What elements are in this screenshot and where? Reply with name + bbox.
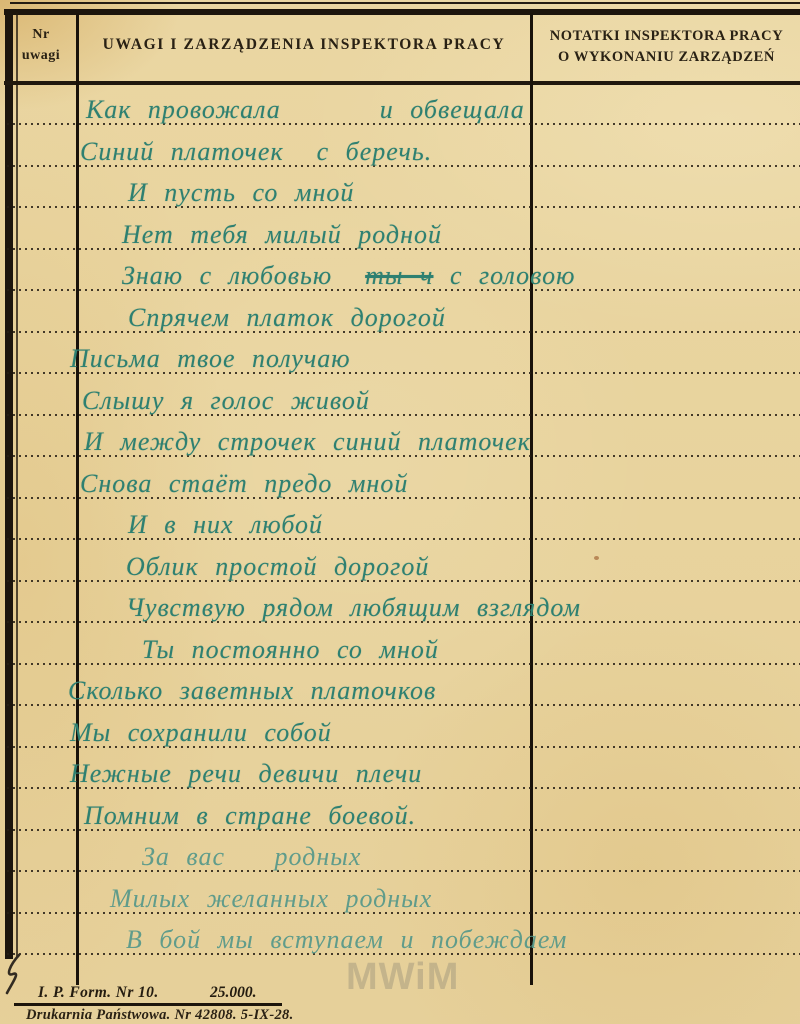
inspection-form-page: Nr uwagi UWAGI I ZARZĄDZENIA INSPEKTORA … [0, 0, 800, 1024]
manuscript-text: Нежные речи девичи плечи [70, 759, 422, 789]
notes-header-line2: O WYKONANIU ZARZĄDZEŃ [533, 47, 800, 68]
manuscript-line: Снова стаёт предо мной [80, 465, 408, 499]
manuscript-line: Синий платочек с беречь. [80, 133, 432, 167]
manuscript-text: И в них любой [128, 510, 323, 540]
notes-header-line1: NOTATKI INSPEKTORA PRACY [533, 26, 800, 47]
manuscript-text: Милых желанных родных [110, 884, 432, 914]
ruled-line [7, 538, 800, 540]
frame-top-outer-border [10, 2, 800, 4]
nr-uwagi-column-header: Nr uwagi [6, 24, 76, 66]
manuscript-line: Милых желанных родных [110, 880, 432, 914]
manuscript-text: Как провожала и обвещала [86, 95, 525, 125]
manuscript-text: Слышу я голос живой [82, 386, 370, 416]
manuscript-struck-text: ты ч [365, 261, 433, 291]
manuscript-line: Слышу я голос живой [82, 382, 370, 416]
manuscript-text: Сколько заветных платочков [68, 676, 436, 706]
manuscript-line: Сколько заветных платочков [68, 672, 436, 706]
manuscript-line: В бой мы вступаем и побеждаем [126, 921, 567, 955]
uwagi-label: uwagi [6, 45, 76, 66]
manuscript-text: Синий платочек с беречь. [80, 137, 432, 167]
archive-watermark: MWiM [346, 956, 459, 999]
manuscript-text: Ты постоянно со мной [142, 635, 439, 665]
manuscript-text: И пусть со мной [128, 178, 354, 208]
main-column-header: UWAGI I ZARZĄDZENIA INSPEKTORA PRACY [79, 36, 529, 54]
manuscript-line: Письма твое получаю [70, 340, 351, 374]
manuscript-line: Нет тебя милый родной [122, 216, 442, 250]
manuscript-line: И в них любой [128, 506, 323, 540]
manuscript-line: Облик простой дорогой [126, 548, 429, 582]
manuscript-text: Спрячем платок дорогой [128, 303, 446, 333]
printer-imprint: Drukarnia Państwowa. Nr 42808. 5-IX-28. [26, 1007, 446, 1024]
manuscript-line: Спрячем платок дорогой [128, 299, 446, 333]
manuscript-text: В бой мы вступаем и побеждаем [126, 925, 567, 955]
manuscript-line: Помним в стране боевой. [84, 797, 416, 831]
paper-speck [594, 556, 599, 560]
column-divider-nr [76, 13, 79, 985]
manuscript-text: Нет тебя милый родной [122, 220, 442, 250]
manuscript-text: Чувствую рядом любящим взглядом [126, 593, 581, 623]
ruled-line [7, 206, 800, 208]
footer-rule [14, 1003, 282, 1006]
manuscript-text: За вас родных [142, 842, 361, 872]
manuscript-line: И пусть со мной [128, 174, 354, 208]
manuscript-line: Как провожала и обвещала [86, 91, 525, 125]
manuscript-line: Мы сохранили собой [70, 714, 332, 748]
column-divider-main [530, 13, 533, 985]
manuscript-text: Письма твое получаю [70, 344, 351, 374]
pen-mark-icon [2, 953, 26, 1000]
nr-label: Nr [6, 24, 76, 45]
manuscript-text: И между строчек синий платочек [84, 427, 531, 457]
print-run-imprint: 25.000. [210, 984, 257, 1002]
frame-top-inner-border [4, 9, 800, 15]
frame-left-inner-border [16, 12, 18, 957]
manuscript-line: Чувствую рядом любящим взглядом [126, 589, 581, 623]
manuscript-text: Мы сохранили собой [70, 718, 332, 748]
manuscript-text: с головою [433, 261, 575, 291]
manuscript-line: Знаю с любовью ты ч с головою [122, 257, 575, 291]
frame-left-border [5, 9, 13, 959]
manuscript-line: И между строчек синий платочек [84, 423, 531, 457]
header-bottom-rule [4, 81, 800, 85]
manuscript-text: Облик простой дорогой [126, 552, 429, 582]
manuscript-text: Знаю с любовью [122, 261, 365, 291]
manuscript-text: Снова стаёт предо мной [80, 469, 408, 499]
manuscript-line: Ты постоянно со мной [142, 631, 439, 665]
notes-column-header: NOTATKI INSPEKTORA PRACY O WYKONANIU ZAR… [533, 26, 800, 68]
manuscript-line: За вас родных [142, 838, 361, 872]
ruled-line [7, 870, 800, 872]
manuscript-text: Помним в стране боевой. [84, 801, 416, 831]
manuscript-line: Нежные речи девичи плечи [70, 755, 422, 789]
